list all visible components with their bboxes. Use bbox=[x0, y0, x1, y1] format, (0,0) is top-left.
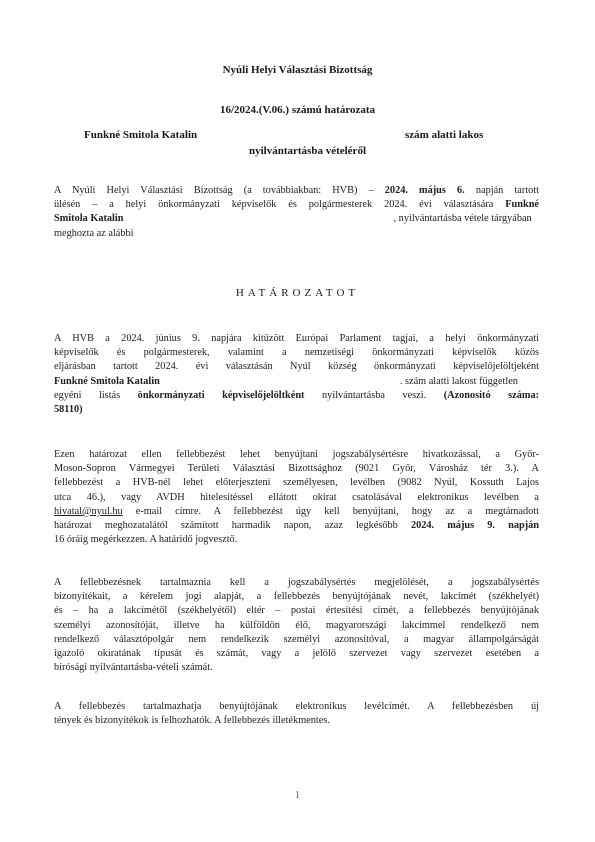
subject-line2: nyilvántartásba vételéről bbox=[0, 145, 595, 157]
appeal-extra-paragraph: A fellebbezés tartalmazhatja benyújtóján… bbox=[54, 700, 539, 728]
candidate-id: 58110) bbox=[54, 404, 83, 415]
decision-number: 16/2024.(V.06.) számú határozata bbox=[0, 104, 595, 116]
decision-paragraph: A HVB a 2024. június 9. napjára kitűzött… bbox=[54, 332, 539, 417]
candidate-id-label: (Azonosító száma: bbox=[444, 390, 539, 401]
content-text: igazoló okiratának típusát és számát, va… bbox=[54, 647, 539, 661]
intro-text: A Nyúli Helyi Választási Bizottság (a to… bbox=[54, 185, 374, 196]
appeal-text: Moson-Sopron Vármegyei Területi Választá… bbox=[54, 462, 539, 476]
decision-text: A HVB a 2024. június 9. napjára kitűzött… bbox=[54, 332, 539, 346]
appeal-text: 16 óráig megérkezzen. A határidő jogvesz… bbox=[54, 533, 539, 547]
content-text: és – ha a lakcímétől (székhelyétől) elté… bbox=[54, 604, 539, 618]
intro-text: ülésén – a helyi önkormányzati képviselő… bbox=[54, 199, 493, 210]
decision-text: eljárásban tartott 2024. évi választásán… bbox=[54, 360, 539, 374]
subject-name-inline: Smitola Katalin bbox=[54, 213, 124, 224]
email-link[interactable]: hivatal@nyul.hu bbox=[54, 506, 123, 517]
meeting-date: 2024. május 6. bbox=[385, 185, 465, 196]
decision-text: egyéni listás bbox=[54, 390, 120, 401]
intro-text: napján tartott bbox=[476, 185, 539, 196]
appeal-text: e-mail címre. A fellebbezést úgy kell be… bbox=[136, 506, 539, 517]
appeal-deadline: 2024. május 9. napján bbox=[411, 520, 539, 531]
extra-text: A fellebbezés tartalmazhatja benyújtóján… bbox=[54, 700, 539, 714]
appeal-paragraph: Ezen határozat ellen fellebbezést lehet … bbox=[54, 448, 539, 547]
subject-name: Funkné Smitola Katalin bbox=[84, 129, 197, 141]
intro-paragraph: A Nyúli Helyi Választási Bizottság (a to… bbox=[54, 184, 539, 241]
extra-text: tények és bizonyítékok is felhozhatók. A… bbox=[54, 714, 539, 728]
appeal-text: utca 46.), vagy AVDH hitelesítéssel ellá… bbox=[54, 491, 539, 505]
page-number: 1 bbox=[0, 790, 595, 801]
decision-text: képviselők és polgármesterek, valamint a… bbox=[54, 346, 539, 360]
decision-text: nyilvántartásba veszi. bbox=[322, 390, 426, 401]
subject-address-suffix: szám alatti lakos bbox=[405, 129, 483, 141]
decision-heading: HATÁROZATOT bbox=[0, 287, 595, 299]
committee-name: Nyúli Helyi Választási Bizottság bbox=[0, 64, 595, 76]
content-text: bizonyítékait, a kérelem jogi alapját, a… bbox=[54, 590, 539, 604]
subject-name-inline: Funkné bbox=[505, 199, 539, 210]
content-text: rendelkező választópolgár nem rendelkezi… bbox=[54, 633, 539, 647]
candidate-type: önkormányzati képviselőjelöltként bbox=[138, 390, 305, 401]
intro-text: , nyilvántartásba vétele tárgyában bbox=[394, 213, 532, 224]
content-text: személyi azonosítóját, illetve ha külföl… bbox=[54, 619, 539, 633]
appeal-content-paragraph: A fellebbezésnek tartalmaznia kell a jog… bbox=[54, 576, 539, 675]
decision-text: . szám alatti lakost független bbox=[400, 376, 518, 387]
content-text: A fellebbezésnek tartalmaznia kell a jog… bbox=[54, 576, 539, 590]
candidate-name: Funkné Smitola Katalin bbox=[54, 376, 160, 387]
intro-text: meghozta az alábbi bbox=[54, 228, 133, 239]
appeal-text: Ezen határozat ellen fellebbezést lehet … bbox=[54, 448, 539, 462]
appeal-text: fellebbezést a HVB-nél lehet előterjeszt… bbox=[54, 476, 539, 490]
content-text: bírósági nyilvántartásba-vételi számát. bbox=[54, 661, 539, 675]
appeal-text: határozat meghozatalától számított harma… bbox=[54, 520, 398, 531]
